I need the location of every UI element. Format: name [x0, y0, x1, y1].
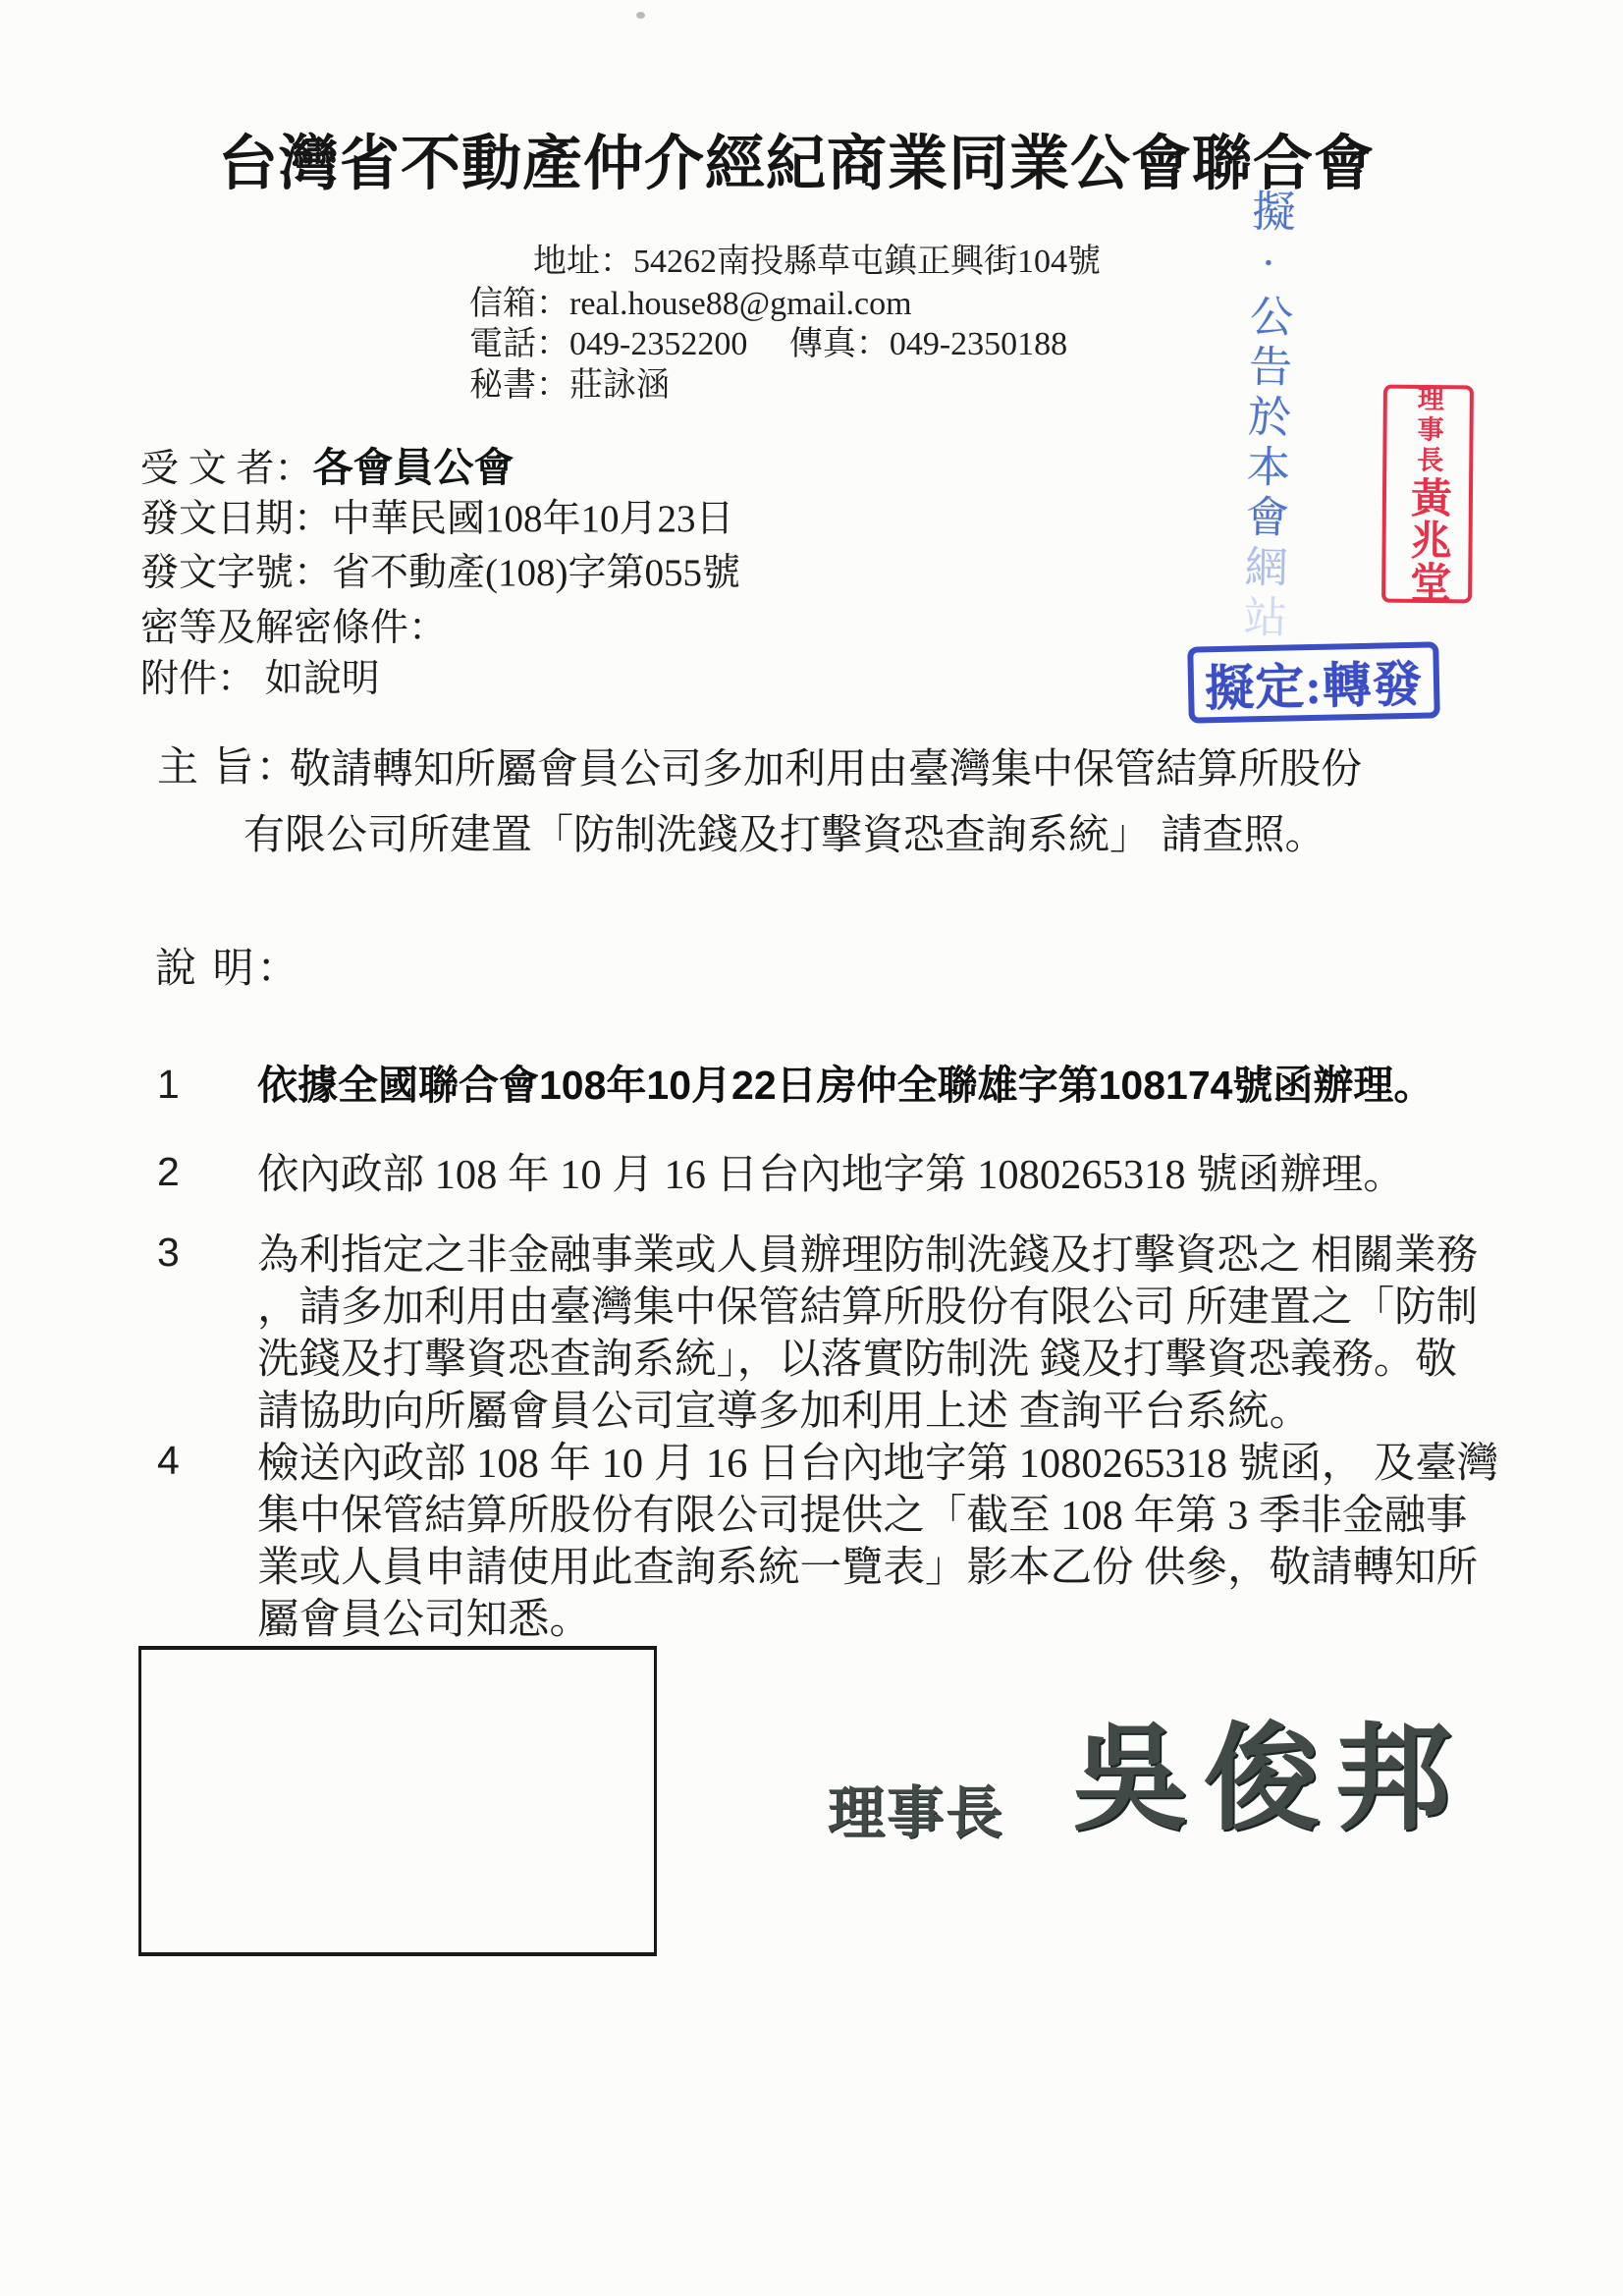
description-heading: 說 明： [155, 936, 301, 995]
item-1-text: 依據全國聯合會108年10月22日房仲全聯雄字第108174號函辦理。 [257, 1060, 1434, 1112]
page-title: 台灣省不動產仲介經紀商業同業公會聯合會 [218, 116, 1375, 201]
handwritten-note-main: 擬·公告於本會 [1238, 189, 1294, 545]
item-4-line-4: 屬會員公司知悉。 [257, 1594, 1498, 1646]
chairman-seal-text: 理事長黃兆堂 [1385, 385, 1470, 604]
contact-secretary: 秘書：莊詠涵 [469, 357, 670, 406]
signature-name: 吳俊邦 [1072, 1685, 1467, 1852]
item-2-number: 2 [157, 1149, 180, 1195]
reference-number-line: 發文字號：省不動產(108)字第055號 [140, 542, 740, 597]
item-3-text: 為利指定之非金融事業或人員辦理防制洗錢及打擊資恐之 相關業務 ，請多加利用由臺灣… [257, 1230, 1478, 1438]
item-1-number: 1 [157, 1062, 180, 1108]
signature-title: 理事長 [828, 1767, 1004, 1849]
chairman-seal-stamp: 理事長黃兆堂 [1381, 385, 1474, 604]
handwritten-note: 擬·公告於本會網站 [1220, 188, 1309, 651]
scanned-official-letter: 台灣省不動產仲介經紀商業同業公會聯合會 地址：54262南投縣草屯鎮正興街104… [0, 0, 1623, 2296]
subject-label: 主 旨： [157, 735, 299, 793]
approval-stamp-text: 擬定:轉發 [1204, 645, 1423, 721]
item-2-text: 依內政部 108 年 10 月 16 日台內地字第 1080265318 號函辦… [257, 1149, 1405, 1201]
item-4-line-1: 檢送內政部 108 年 10 月 16 日台內地字第 1080265318 號函… [257, 1438, 1498, 1490]
recipient-value: 各會員公會 [313, 445, 514, 490]
item-1-line-1: 依據全國聯合會108年10月22日房仲全聯雄字第108174號函辦理。 [257, 1060, 1434, 1112]
subject-line-2: 有限公司所建置「防制洗錢及打擊資恐查詢系統」 請查照。 [243, 802, 1326, 861]
item-3-number: 3 [157, 1230, 180, 1276]
item-3-line-2: ，請多加利用由臺灣集中保管結算所股份有限公司 所建置之「防制 [257, 1282, 1478, 1334]
issue-date-line: 發文日期：中華民國108年10月23日 [140, 488, 734, 543]
contact-address: 地址：54262南投縣草屯鎮正興街104號 [533, 234, 1101, 282]
recipient-label: 受 文 者： [140, 448, 313, 490]
attachment-line: 附件： 如說明 [140, 648, 380, 703]
item-3-line-3: 洗錢及打擊資恐查詢系統」，以落實防制洗 錢及打擊資恐義務。敬 [257, 1334, 1478, 1386]
item-4-number: 4 [157, 1438, 180, 1484]
subject-line-1: 敬請轉知所屬會員公司多加利用由臺灣集中保管結算所股份 [290, 737, 1362, 795]
approval-stamp: 擬定:轉發 [1187, 641, 1440, 723]
item-2-line-1: 依內政部 108 年 10 月 16 日台內地字第 1080265318 號函辦… [257, 1149, 1405, 1201]
item-4-line-3: 業或人員申請使用此查詢系統一覽表」影本乙份 供參，敬請轉知所 [257, 1542, 1498, 1594]
security-classification-line: 密等及解密條件： [140, 597, 447, 652]
item-3-line-4: 請協助向所屬會員公司宣導多加利用上述 查詢平台系統。 [257, 1386, 1478, 1438]
item-4-line-2: 集中保管結算所股份有限公司提供之「截至 108 年第 3 季非金融事 [257, 1490, 1498, 1542]
recipient-line: 受 文 者：各會員公會 [140, 435, 514, 493]
empty-annotation-box [138, 1646, 657, 1956]
chairman-seal-name: 黃兆堂 [1404, 476, 1450, 603]
scan-speck [636, 12, 645, 19]
handwritten-note-faded: 網 [1237, 543, 1286, 594]
handwritten-note-faded-2: 站 [1236, 593, 1285, 644]
item-3-line-1: 為利指定之非金融事業或人員辦理防制洗錢及打擊資恐之 相關業務 [257, 1230, 1478, 1282]
item-4-text: 檢送內政部 108 年 10 月 16 日台內地字第 1080265318 號函… [257, 1438, 1498, 1646]
chairman-seal-title: 理事長 [1413, 385, 1443, 476]
